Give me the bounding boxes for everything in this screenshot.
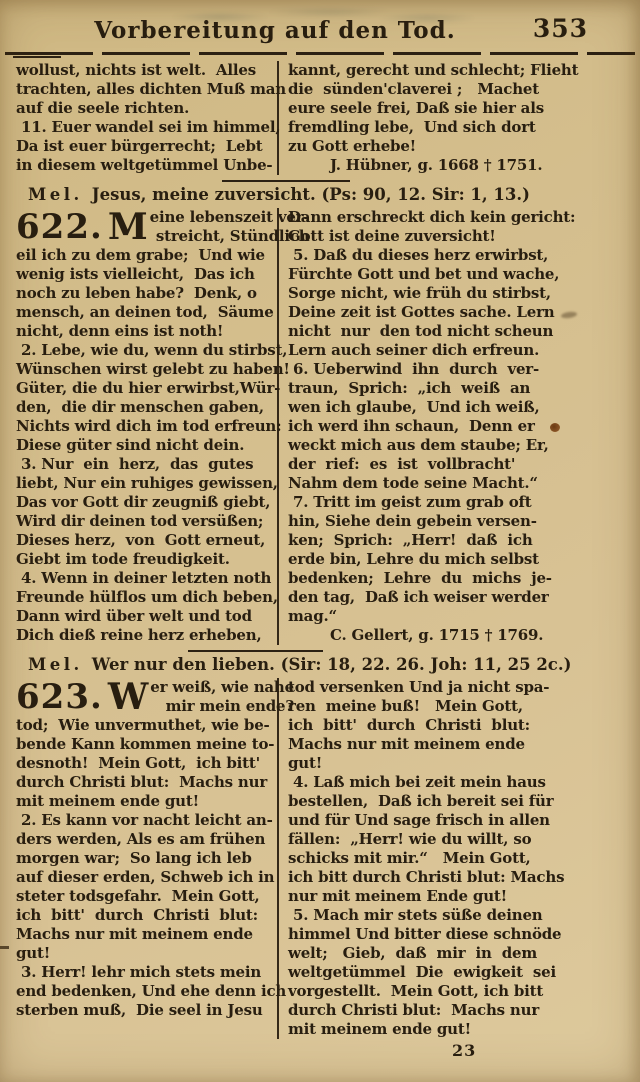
text-line: weckt mich aus dem staube; Er, [288,436,632,455]
text-line: schicks mit mir.“ Mein Gott, [288,849,632,868]
right-column-lines: kannt, gerecht und schlecht; Fliehtdie s… [288,61,632,156]
ink-stain [550,423,560,432]
text-line: end bedenken, Und ehe denn ich [16,982,271,1001]
text-line: 3. Herr! lehr mich stets mein [16,963,271,982]
right-column-lines: tod versenken Und ja nicht spa-ren meine… [288,678,632,1039]
melody-title: Jesus, meine zuversicht. (Ps: 90, 12. Si… [92,185,530,204]
text-line: wollust, nichts ist welt. Alles [16,61,271,80]
text-line: 5. Mach mir stets süße deinen [288,906,632,925]
text-line: Giebt im tode freudigkeit. [16,550,271,569]
text-line: fällen: „Herr! wie du willt, so [288,830,632,849]
text-line: der rief: es ist vollbracht' [288,455,632,474]
text-line: Da ist euer bürgerrecht; Lebt [16,137,271,156]
text-line: Freunde hülflos um dich beben, [16,588,271,607]
drop-cap: W [108,679,150,715]
signature-mark: 23 [452,1041,476,1060]
text-line: eure seele frei, Daß sie hier als [288,99,632,118]
left-column: wollust, nichts ist welt. Allestrachten,… [16,61,279,175]
text-line: Dann wird über welt und tod [16,607,271,626]
right-column: Dann erschreckt dich kein gericht:Gott i… [279,208,632,645]
text-line: ich werd ihn schaun, Denn er [288,417,632,436]
text-line: mit meinem ende gut! [16,792,271,811]
text-line: Dieses herz, von Gott erneut, [16,531,271,550]
text-line: durch Christi blut: Machs nur [288,1001,632,1020]
text-line: ren meine buß! Mein Gott, [288,697,632,716]
text-line: steter todsgefahr. Mein Gott, [16,887,271,906]
text-line: mir mein ende? [150,697,294,716]
left-column: 622. M eine lebenszeit ver- streicht, St… [16,208,279,645]
text-line: bedenken; Lehre du michs je- [288,569,632,588]
text-line: Gott ist deine zuversicht! [288,227,632,246]
text-line: Sorge nicht, wie früh du stirbst, [288,284,632,303]
text-line: vorgestellt. Mein Gott, ich bitt [288,982,632,1001]
text-line: morgen war; So lang ich leb [16,849,271,868]
text-line: gut! [16,944,271,963]
text-line: Güter, die du hier erwirbst,Wür- [16,379,271,398]
hymn-623: 623. W er weiß, wie nahe mir mein ende? … [0,676,640,1039]
hymn-number: 623. [16,678,108,716]
text-line: auf die seele richten. [16,99,271,118]
text-line: Machs nur mit meinem ende [16,925,271,944]
text-line: in diesem weltgetümmel Unbe- [16,156,271,175]
text-line: noch zu leben habe? Denk, o [16,284,271,303]
text-line: 11. Euer wandel sei im himmel, [16,118,271,137]
text-line: liebt, Nur ein ruhiges gewissen, [16,474,271,493]
text-line: eil ich zu dem grabe; Und wie [16,246,271,265]
section-separator [222,180,350,182]
text-line: tod; Wie unvermuthet, wie be- [16,716,271,735]
melody-label: Mel. [28,655,83,674]
book-page: Vorbereitung auf den Tod. 353 wollust, n… [0,0,640,1082]
text-line: Wünschen wirst gelebt zu haben! [16,360,271,379]
text-line: 4. Laß mich bei zeit mein haus [288,773,632,792]
text-line: welt; Gieb, daß mir in dem [288,944,632,963]
text-line: gut! [288,754,632,773]
author-attribution: C. Gellert, g. 1715 † 1769. [288,626,632,645]
text-line: nur mit meinem Ende gut! [288,887,632,906]
text-line: himmel Und bitter diese schnöde [288,925,632,944]
melody-line-622: Mel.Jesus, meine zuversicht. (Ps: 90, 12… [28,185,640,204]
text-line: 3. Nur ein herz, das gutes [16,455,271,474]
text-line: Machs nur mit meinem ende [288,735,632,754]
text-line: zu Gott erhebe! [288,137,632,156]
text-line: Dich dieß reine herz erheben, [16,626,271,645]
text-line: kannt, gerecht und schlecht; Flieht [288,61,632,80]
text-line: trachten, alles dichten Muß man [16,80,271,99]
text-line: Dann erschreckt dich kein gericht: [288,208,632,227]
text-line: und für Und sage frisch in allen [288,811,632,830]
text-line: Diese güter sind nicht dein. [16,436,271,455]
section-separator [188,650,323,652]
melody-title: Wer nur den lieben. (Sir: 18, 22. 26. Jo… [92,655,572,674]
melody-label: Mel. [28,185,83,204]
text-line: tod versenken Und ja nicht spa- [288,678,632,697]
text-line: bende Kann kommen meine to- [16,735,271,754]
hymn-opening: 623. W er weiß, wie nahe mir mein ende? [16,678,271,716]
text-line: Das vor Gott dir zeugniß giebt, [16,493,271,512]
text-line: wenig ists vielleicht, Das ich [16,265,271,284]
text-line: ders werden, Als es am frühen [16,830,271,849]
margin-mark [0,946,9,949]
text-line: erde bin, Lehre du mich selbst [288,550,632,569]
drop-cap: M [108,209,150,245]
text-line: Deine zeit ist Gottes sache. Lern [288,303,632,322]
text-line: bestellen, Daß ich bereit sei für [288,792,632,811]
hymn-number: 622. [16,208,108,246]
text-line: traun, Sprich: „ich weiß an [288,379,632,398]
hymn-opening: 622. M eine lebenszeit ver- streicht, St… [16,208,271,246]
right-column: kannt, gerecht und schlecht; Fliehtdie s… [279,61,632,175]
text-line: weltgetümmel Die ewigkeit sei [288,963,632,982]
text-line: sterben muß, Die seel in Jesu [16,1001,271,1020]
right-column: tod versenken Und ja nicht spa-ren meine… [279,678,632,1039]
text-line: Lern auch seiner dich erfreun. [288,341,632,360]
right-column-lines: Dann erschreckt dich kein gericht:Gott i… [288,208,632,626]
text-line: 2. Es kann vor nacht leicht an- [16,811,271,830]
text-line: 7. Tritt im geist zum grab oft [288,493,632,512]
left-column-lines: tod; Wie unvermuthet, wie be-bende Kann … [16,716,271,1020]
page-header: Vorbereitung auf den Tod. 353 [0,0,640,48]
text-line: 6. Ueberwind ihn durch ver- [288,360,632,379]
text-line: die sünden'claverei ; Machet [288,80,632,99]
text-line: Fürchte Gott und bet und wache, [288,265,632,284]
text-line: hin, Siehe dein gebein versen- [288,512,632,531]
text-line: mensch, an deinen tod, Säume [16,303,271,322]
text-line: desnoth! Mein Gott, ich bitt' [16,754,271,773]
text-line: Wird dir deinen tod versüßen; [16,512,271,531]
text-line: 5. Daß du dieses herz erwirbst, [288,246,632,265]
text-line: nicht nur den tod nicht scheun [288,322,632,341]
text-line: ich bitt' durch Christi blut: [16,906,271,925]
text-line: den tag, Daß ich weiser werder [288,588,632,607]
text-line: fremdling lebe, Und sich dort [288,118,632,137]
text-line: durch Christi blut: Machs nur [16,773,271,792]
author-attribution: J. Hübner, g. 1668 † 1751. [288,156,632,175]
text-line: mit meinem ende gut! [288,1020,632,1039]
left-column-lines: eil ich zu dem grabe; Und wiewenig ists … [16,246,271,645]
text-line: wen ich glaube, Und ich weiß, [288,398,632,417]
text-line: Nahm dem tode seine Macht.“ [288,474,632,493]
text-line: 4. Wenn in deiner letzten noth [16,569,271,588]
text-line: den, die dir menschen gaben, [16,398,271,417]
text-line: Nichts wird dich im tod erfreun: [16,417,271,436]
left-column: 623. W er weiß, wie nahe mir mein ende? … [16,678,279,1039]
text-line: ich bitt' durch Christi blut: [288,716,632,735]
header-rule [5,52,635,59]
text-line: auf dieser erden, Schweb ich in [16,868,271,887]
previous-hymn-end: wollust, nichts ist welt. Allestrachten,… [0,59,640,175]
text-line: 2. Lebe, wie du, wenn du stirbst, [16,341,271,360]
hymn-622: 622. M eine lebenszeit ver- streicht, St… [0,206,640,645]
text-line: ken; Sprich: „Herr! daß ich [288,531,632,550]
text-line: ich bitt durch Christi blut: Machs [288,868,632,887]
text-line: mag.“ [288,607,632,626]
page-number: 353 [533,14,588,43]
melody-line-623: Mel.Wer nur den lieben. (Sir: 18, 22. 26… [28,655,640,674]
text-line: nicht, denn eins ist noth! [16,322,271,341]
text-line: er weiß, wie nahe [150,678,294,697]
